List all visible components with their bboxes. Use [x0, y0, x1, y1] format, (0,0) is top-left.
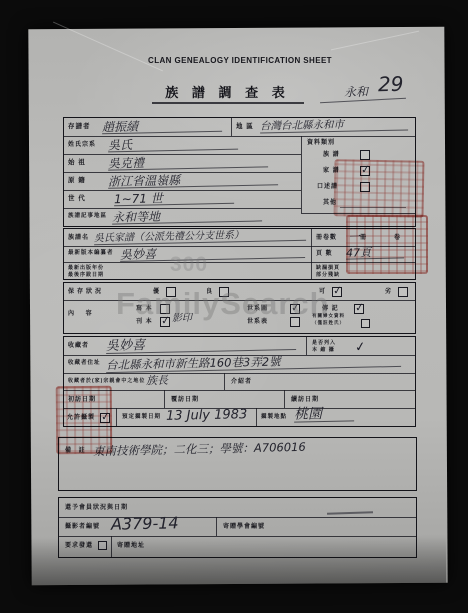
film-place-label: 攝製地點: [261, 415, 287, 421]
ancestor-label: 始 祖: [68, 160, 86, 167]
content-checkmark: ✓: [354, 300, 365, 314]
area-label: 地 區: [236, 124, 254, 131]
category-title: 資料類別: [307, 140, 335, 146]
second-visit-label: 覆訪日期: [171, 397, 199, 403]
listed-label-line2: 本 縮 攝: [312, 348, 335, 353]
photographer-number-value: A379-14: [111, 515, 179, 532]
pages-label: 頁 數: [316, 251, 333, 257]
ghost-number-watermark: 300: [170, 254, 208, 275]
clan-value: 吳氏: [108, 137, 238, 153]
introducer-label: 介紹者: [231, 379, 252, 385]
listed-checkmark: ✓: [354, 339, 367, 355]
missing-label: 缺漏損頁: [316, 266, 340, 271]
collector-position-value: 族長: [146, 375, 168, 386]
section-collector: 收藏者 吳妙喜 是否列入 本 縮 攝 ✓ 收藏者住址 台北縣永和市新生路160巷…: [63, 336, 416, 427]
grid-line: [284, 390, 285, 408]
grid-line: [224, 373, 225, 390]
printed-title: CLAN GENEALOGY IDENTIFICATION SHEET: [120, 57, 360, 65]
listed-label-line1: 是否列入: [312, 341, 336, 346]
content-label: 內 容: [68, 311, 97, 317]
collector-label: 收藏者: [68, 343, 89, 349]
third-visit-label: 續訪日期: [291, 397, 319, 403]
grid-line: [306, 337, 307, 355]
paper-bottom-shadow: [30, 535, 446, 586]
grid-line: [164, 390, 165, 408]
origin-value: 浙江省溫嶺縣: [108, 172, 278, 189]
form-title: 族 譜 調 查 表: [140, 86, 315, 99]
collector-position-label: 收藏者於(家)宗親會中之地位: [68, 379, 145, 384]
category-option-label: 族 譜: [323, 152, 340, 158]
record-area-label: 族譜記事地區: [68, 214, 107, 220]
handwritten-dash: [327, 511, 373, 514]
grid-line: [256, 408, 257, 426]
grid-line: [216, 517, 217, 536]
condition-label: 保存狀況: [68, 289, 104, 295]
collector-address-value: 台北縣永和市新生路160巷3弄2號: [106, 354, 401, 373]
condition-option-label: 劣: [385, 289, 392, 295]
donation-number-label: 寄贈學會編號: [223, 524, 265, 530]
grid-line: [116, 408, 117, 426]
return-label: 還予會員狀況與日期: [65, 505, 128, 511]
content-item-sublabel: （僅註姓氏）: [312, 321, 345, 326]
genealogy-name-label: 族譜名: [68, 235, 89, 241]
red-seal-stamp: [334, 159, 425, 218]
ref-place-handwritten: 永和: [344, 86, 368, 99]
red-seal-stamp: [346, 215, 428, 274]
condition-checkbox-poor: [398, 287, 408, 297]
editor-label: 最新版本編纂者: [68, 251, 114, 257]
film-place-value: 桃園: [294, 406, 354, 422]
content-checkbox-women-data: [361, 319, 370, 328]
film-date-value: 13 July 1983: [166, 408, 248, 423]
clan-label: 姓氏宗系: [68, 142, 96, 148]
collector-name-value: 吳妙喜: [106, 336, 296, 354]
condition-checkmark: ✓: [332, 283, 343, 297]
film-date-label: 預定攝製日期: [122, 415, 161, 421]
preface-label: 最後序跋日期: [68, 273, 104, 278]
grid-line: [231, 118, 232, 136]
genealogy-name-value: 吳氏家譜（公派先禮公分支世系）: [94, 230, 306, 245]
editor-value: 吳妙喜: [120, 245, 305, 262]
grid-line: [64, 208, 301, 209]
remarks-text: 東南技術學院；二化三；學號：A706016: [93, 442, 306, 458]
generations-label: 世 代: [68, 196, 86, 203]
compiler-label: 存譜者: [68, 124, 91, 131]
ref-number-handwritten: 29: [378, 74, 404, 95]
compiler-value: 趙振績: [102, 119, 222, 135]
grid-line: [64, 373, 415, 374]
grid-line: [311, 229, 312, 279]
photographer-label: 攝影者編號: [65, 524, 100, 530]
generations-value: 1~71 世: [114, 191, 234, 207]
grid-line: [301, 136, 302, 213]
collector-address-label: 收藏者住址: [68, 361, 101, 367]
red-seal-stamp: [56, 386, 113, 454]
record-area-value: 永和等地: [112, 208, 262, 224]
familysearch-watermark: FamilySearch: [116, 288, 330, 319]
grid-line: [64, 136, 415, 137]
pubyear-label: 最新出版年份: [68, 266, 104, 271]
grid-line: [64, 390, 415, 391]
damage-label: 部分殘缺: [316, 273, 340, 278]
ancestor-value: 吳克禮: [108, 154, 268, 170]
scanned-document-frame: CLAN GENEALOGY IDENTIFICATION SHEET 族 譜 …: [0, 0, 468, 613]
area-value: 台灣台北縣永和市: [260, 118, 408, 133]
volumes-label: 冊卷數: [316, 235, 337, 241]
title-underline: [152, 102, 304, 104]
origin-label: 原 籍: [68, 178, 86, 185]
category-checkbox-zupu: [360, 150, 370, 160]
